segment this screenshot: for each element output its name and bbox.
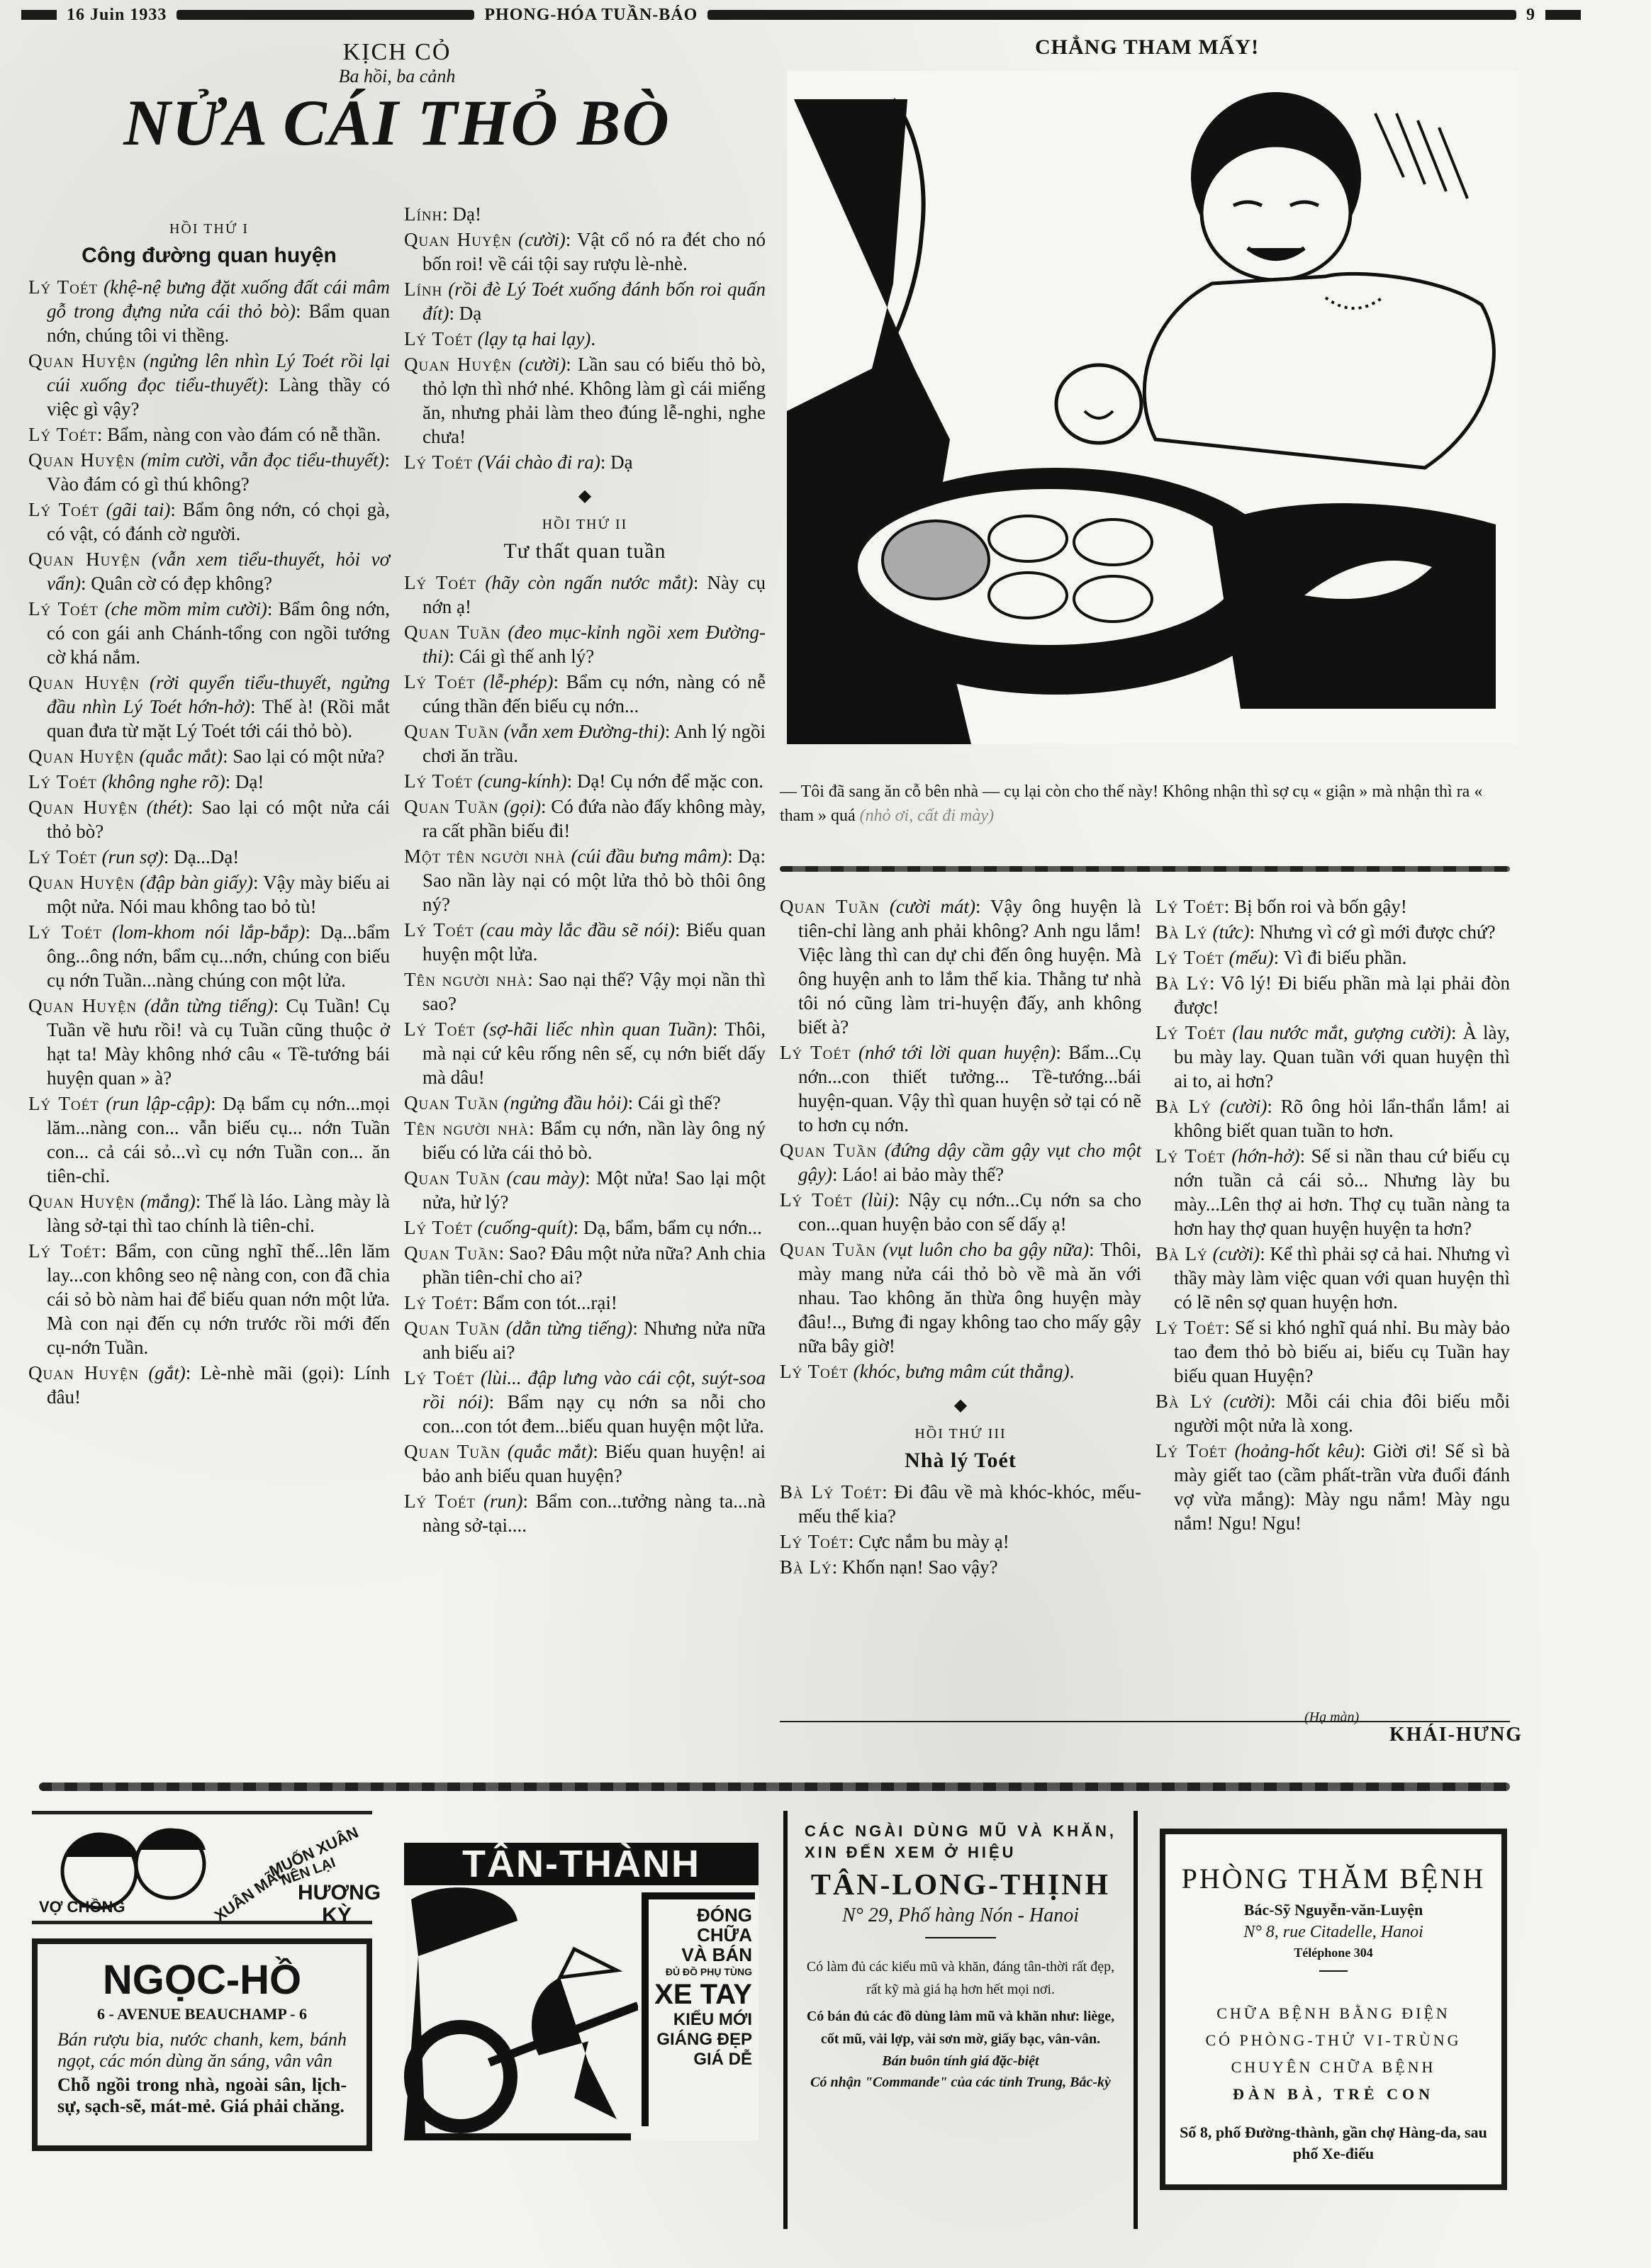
speaker: Bà Lý xyxy=(780,1556,832,1578)
play-subtitle: Ba hồi, ba cảnh xyxy=(28,66,766,87)
line-text: : Dạ, bẩm, bẩm cụ nớn... xyxy=(573,1217,762,1238)
stage-direction: (hớn-hở) xyxy=(1226,1145,1300,1167)
brand-name: TÂN-THÀNH xyxy=(404,1843,759,1885)
speaker: Quan Huyện xyxy=(28,449,135,471)
line-text: : Quân cờ có đẹp không? xyxy=(81,573,272,594)
stage-direction: (cuống-quít) xyxy=(473,1217,573,1238)
stage-direction: (cung-kính) xyxy=(473,770,567,792)
speaker: Lý Toét xyxy=(28,276,98,298)
speaker: Lý Toét xyxy=(404,770,473,792)
publication-name: PHONG-HÓA TUẦN-BÁO xyxy=(484,6,698,25)
stage-direction: (gọi) xyxy=(499,796,541,817)
dialogue: Lính: Dạ!Quan Huyện (cười): Vật cổ nó ra… xyxy=(404,202,766,474)
speaker: Lý Toét xyxy=(1155,1440,1227,1461)
speaker: Lý Toét xyxy=(28,921,102,943)
stage-direction: (sợ-hãi liếc nhìn quan Tuần) xyxy=(476,1018,712,1040)
dialogue-line: Quan Huyện (mỉm cười, vẫn đọc tiểu-thuyế… xyxy=(28,448,390,496)
doctor-name: Bác-Sỹ Nguyễn-văn-Luyện xyxy=(1180,1899,1487,1921)
speaker: Quan Huyện xyxy=(404,229,512,250)
masthead-rule xyxy=(707,10,1516,20)
speaker: Quan Huyện xyxy=(28,549,140,570)
newspaper-page: 16 Juin 1933 PHONG-HÓA TUẦN-BÁO 9 KỊCH C… xyxy=(0,0,1651,2268)
dialogue-line: Quan Tuần (vụt luôn cho ba gậy nữa): Thô… xyxy=(780,1237,1141,1358)
stage-direction: (lom-khom nói lắp-bắp) xyxy=(102,921,305,943)
line-text: : Cái gì thế anh lý? xyxy=(449,646,595,667)
speaker: Lý Toét xyxy=(780,1042,851,1063)
stage-direction: (cười mát) xyxy=(880,896,975,917)
speaker: Lý Toét xyxy=(1155,1145,1226,1167)
ad-ngoc-ho: NGỌC-HỒ 6 - AVENUE BEAUCHAMP - 6 Bán rượ… xyxy=(32,1938,372,2151)
line-text: : Cái gì thế? xyxy=(628,1092,721,1113)
speaker: Lý Toét xyxy=(28,499,99,520)
stage-direction: (cười) xyxy=(1213,1391,1270,1412)
stage-direction: (khóc, bưng mâm cút thẳng) xyxy=(849,1361,1070,1382)
speaker: Lý Toét xyxy=(1155,896,1224,917)
dialogue: Quan Tuần (cười mát): Vậy ông huyện là t… xyxy=(780,894,1141,1383)
dialogue-line: Quan Tuần (dằn từng tiếng): Nhưng nửa nữ… xyxy=(404,1316,766,1364)
speaker: Lý Toét xyxy=(780,1531,849,1552)
stage-direction: (lau nước mắt, gượng cười) xyxy=(1226,1022,1451,1043)
dialogue-line: Lý Toét (run): Bẩm con...tưởng nàng ta..… xyxy=(404,1489,766,1537)
service: CÓ PHÒNG-THỬ VI-TRÙNG xyxy=(1180,2027,1487,2054)
scene-title: Công đường quan huyện xyxy=(28,244,390,268)
speaker: Quan Huyện xyxy=(28,350,136,371)
dialogue-line: Bà Lý (cười): Kể thì phải sợ cả hai. Như… xyxy=(1155,1242,1510,1314)
speaker: Lý Toét xyxy=(1155,947,1224,968)
slogan-line: VỢ CHỒNG xyxy=(39,1898,125,1916)
speaker: Tên người nhà xyxy=(404,1118,529,1139)
paragraph: Có bán đủ các đồ dùng làm mũ và khăn như… xyxy=(805,2005,1116,2050)
line-text: : Cực nắm bu mày ạ! xyxy=(849,1531,1009,1552)
stage-direction: (run sợ) xyxy=(97,846,164,868)
dialogue-line: Quan Tuần (ngửng đầu hỏi): Cái gì thế? xyxy=(404,1091,766,1115)
dialogue-line: Lý Toét (khệ-nệ bưng đặt xuống đất cái m… xyxy=(28,275,390,347)
description: Bán rượu bia, nước chanh, kem, bánh ngọt… xyxy=(57,2029,347,2072)
author: KHÁI-HƯNG xyxy=(1389,1724,1523,1746)
dialogue-line: Lý Toét (hãy còn ngấn nước mắt): Này cụ … xyxy=(404,571,766,619)
dialogue-line: Lý Toét (cuống-quít): Dạ, bẩm, bẩm cụ nớ… xyxy=(404,1216,766,1240)
speaker: Quan Tuần xyxy=(404,1242,499,1264)
dialogue-line: Quan Tuần (gọi): Có đứa nào đấy không mà… xyxy=(404,795,766,843)
dialogue-line: Lý Toét: Bẩm, nàng con vào đám có nễ thầ… xyxy=(28,422,390,447)
offer-line: XE TAY xyxy=(651,1979,752,2010)
svg-text:N.M: N.M xyxy=(1354,684,1406,715)
stage-direction: (lễ-phép) xyxy=(476,671,554,692)
speaker: Bà Lý Toét xyxy=(780,1481,882,1503)
stage-direction: (gắt) xyxy=(139,1362,186,1383)
stage-direction: (run) xyxy=(476,1491,522,1512)
dialogue-line: Quan Tuần (đứng dậy cầm gậy vụt cho một … xyxy=(780,1138,1141,1186)
rule xyxy=(925,1937,996,1938)
speaker: Tên người nhà xyxy=(404,969,527,990)
line-text: : Dạ xyxy=(449,303,482,324)
speaker: Quan Tuần xyxy=(404,796,499,817)
dialogue-line: Quan Huyện (thét): Sao lại có một nửa cá… xyxy=(28,795,390,843)
scene-title: Nhà lý Toét xyxy=(780,1449,1141,1473)
line-text: : Sao lại có một nửa? xyxy=(223,746,384,767)
speaker: Quan Huyện xyxy=(28,797,138,818)
dialogue-line: Quan Huyện (cười): Vật cổ nó ra đét cho … xyxy=(404,228,766,276)
speaker: Quan Huyện xyxy=(404,354,512,375)
speaker: Lý Toét xyxy=(404,919,474,941)
line-text: : Bẩm, nàng con vào đám có nễ thần. xyxy=(97,424,381,445)
dialogue-line: Quan Huyện (mắng): Thế là láo. Làng mày … xyxy=(28,1189,390,1237)
issue-date: 16 Juin 1933 xyxy=(67,6,167,25)
section-divider xyxy=(780,866,1510,872)
service: CHUYÊN CHỮA BỆNH xyxy=(1180,2054,1487,2081)
dialogue-line: Lý Toét: Bẩm, con cũng nghĩ thế...lên lă… xyxy=(28,1239,390,1359)
brand-name: TÂN-LONG-THỊNH xyxy=(805,1868,1116,1903)
stage-direction: (cúi đầu bưng mâm) xyxy=(566,846,727,867)
curtain-note: (Hạ màn) xyxy=(1304,1710,1359,1726)
rickshaw-puller-icon xyxy=(404,1885,638,2140)
stage-direction: (che mồm mỉm cười) xyxy=(99,598,267,619)
line-text: : Dạ! Cụ nớn để mặc con. xyxy=(567,770,763,792)
dialogue-line: Quan Huyện (dằn từng tiếng): Cụ Tuần! Cụ… xyxy=(28,994,390,1090)
speaker: Quan Huyện xyxy=(28,1191,135,1212)
dialogue-line: Lý Toét (mếu): Vì đi biếu phần. xyxy=(1155,945,1510,970)
offer-line: GIÁNG ĐẸP xyxy=(651,2030,752,2050)
ornament-icon: ◆ xyxy=(404,484,766,508)
line-text: . xyxy=(591,328,595,349)
stage-direction: (hoảng-hốt kêu) xyxy=(1227,1440,1360,1461)
page-number: 9 xyxy=(1526,6,1535,25)
speaker: Lý Toét xyxy=(404,328,473,349)
dialogue-line: Quan Tuần (quắc mắt): Biếu quan huyện! a… xyxy=(404,1439,766,1488)
offer-line: ĐÓNG xyxy=(651,1905,752,1925)
speaker: Bà Lý xyxy=(1155,1391,1213,1412)
stage-direction: (cười) xyxy=(1211,1096,1267,1117)
dialogue-line: Quan Huyện (đập bàn giấy): Vậy mày biếu … xyxy=(28,870,390,919)
line-text: : Nhưng vì cớ gì mới được chứ? xyxy=(1250,921,1496,943)
stage-direction: (gãi tai) xyxy=(99,499,170,520)
line-text: : Khốn nạn! Sao vậy? xyxy=(832,1556,998,1578)
dialogue: Lý Toét: Bị bốn roi và bốn gậy!Bà Lý (tứ… xyxy=(1155,894,1510,1535)
speaker: Lý Toét xyxy=(28,771,97,792)
ad-tan-long-thinh: CÁC NGÀI DÙNG MŨ VÀ KHĂN, XIN ĐẾN XEM Ở … xyxy=(783,1811,1138,2229)
line-text: : Dạ xyxy=(600,451,633,473)
seating-note: Chỗ ngồi trong nhà, ngoài sân, lịch-sự, … xyxy=(57,2075,347,2117)
dialogue-line: Quan Huyện (rời quyển tiểu-thuyết, ngửng… xyxy=(28,670,390,743)
stage-direction: (vẫn xem Đường-thi) xyxy=(499,721,665,742)
speaker: Lý Toét xyxy=(404,671,476,692)
stage-direction: (cười) xyxy=(1208,1243,1260,1264)
speaker: Lý Toét xyxy=(404,1292,473,1313)
line-text: : Vô lý! Đi biếu phần mà lại phải đòn đư… xyxy=(1174,972,1510,1018)
line-text: : Sế si khó nghĩ quá nhỉ. Bu mày bảo tao… xyxy=(1174,1317,1510,1386)
phone: Téléphone 304 xyxy=(1180,1943,1487,1962)
dialogue-line: Lý Toét: Sế si khó nghĩ quá nhỉ. Bu mày … xyxy=(1155,1315,1510,1388)
dialogue-line: Lý Toét: Cực nắm bu mày ạ! xyxy=(780,1529,1141,1554)
dialogue-line: Lý Toét (gãi tai): Bẩm ông nớn, có chọi … xyxy=(28,498,390,546)
offer-line: ĐỦ ĐỒ PHỤ TÙNG xyxy=(651,1965,752,1979)
line-text: . xyxy=(1070,1361,1075,1382)
speaker: Lý Toét xyxy=(404,1018,476,1040)
address: 6 - AVENUE BEAUCHAMP - 6 xyxy=(57,2005,347,2023)
line-text: : Bị bốn roi và bốn gậy! xyxy=(1224,896,1407,917)
speaker: Quan Huyện xyxy=(28,872,135,893)
stage-direction: (vụt luôn cho ba gậy nữa) xyxy=(876,1239,1089,1260)
stage-direction: (quắc mắt) xyxy=(500,1441,593,1462)
column-act-2: Lính: Dạ!Quan Huyện (cười): Vật cổ nó ra… xyxy=(404,202,766,1539)
dialogue-line: Lý Toét (run lập-cập): Dạ bẩm cụ nớn...m… xyxy=(28,1091,390,1188)
dialogue-line: Quan Huyện (vẫn xem tiểu-thuyết, hỏi vơ … xyxy=(28,547,390,595)
dialogue-line: Quan Huyện (quắc mắt): Sao lại có một nử… xyxy=(28,744,390,768)
dialogue-line: Một tên người nhà (cúi đầu bưng mâm): Dạ… xyxy=(404,844,766,916)
dialogue-line: Bà Lý (cười): Rõ ông hỏi lẩn-thẩn lắm! a… xyxy=(1155,1094,1510,1143)
speaker: Lý Toét xyxy=(404,572,476,593)
speaker: Lý Toét xyxy=(28,598,99,619)
speaker: Quan Tuần xyxy=(404,721,499,742)
dialogue-line: Lý Toét (lễ-phép): Bẩm cụ nớn, nàng có n… xyxy=(404,670,766,718)
stage-direction: (không nghe rõ) xyxy=(97,771,225,792)
line-text: : Bẩm con tót...rại! xyxy=(473,1292,617,1313)
column-act-1: HỒI THỨ I Công đường quan huyện Lý Toét … xyxy=(28,213,390,1410)
dialogue-line: Quan Huyện (cười): Lần sau có biếu thỏ b… xyxy=(404,352,766,449)
dialogue-line: Lý Toét: Bẩm con tót...rại! xyxy=(404,1291,766,1315)
address: N° 29, Phố hàng Nón - Hanoi xyxy=(805,1903,1116,1929)
speaker: Một tên người nhà xyxy=(404,846,566,867)
stage-direction: (run lập-cập) xyxy=(99,1093,211,1114)
act-label: HỒI THỨ II xyxy=(404,512,766,537)
stage-direction: (cau mày) xyxy=(500,1167,585,1189)
masthead: 16 Juin 1933 PHONG-HÓA TUẦN-BÁO 9 xyxy=(21,4,1581,26)
dialogue-line: Lý Toét: Bị bốn roi và bốn gậy! xyxy=(1155,894,1510,919)
stage-direction: (ngửng đầu hỏi) xyxy=(499,1092,628,1113)
speaker: Bà Lý xyxy=(1155,1096,1211,1117)
offer-line: KIỂU MỚI xyxy=(651,2010,752,2030)
speaker: Quan Huyện xyxy=(28,746,135,767)
dialogue-line: Bà Lý (tức): Nhưng vì cớ gì mới được chứ… xyxy=(1155,920,1510,944)
dialogue-line: Tên người nhà: Bẩm cụ nớn, nần lày ông n… xyxy=(404,1116,766,1164)
stage-direction: (đập bàn giấy) xyxy=(135,872,253,893)
masthead-ornament xyxy=(1545,10,1581,20)
speaker: Lính xyxy=(404,279,442,300)
line-text: : Vì đi biếu phần. xyxy=(1274,947,1407,968)
rule xyxy=(1319,1970,1348,1972)
stage-direction: (mỉm cười, vẫn đọc tiểu-thuyết) xyxy=(135,449,385,471)
dialogue-line: Quan Tuần (cười mát): Vậy ông huyện là t… xyxy=(780,894,1141,1039)
line-text: : Dạ! xyxy=(442,203,481,225)
ads-divider xyxy=(39,1783,1510,1791)
stage-direction: (lùi) xyxy=(853,1189,895,1211)
column-act-3: Lý Toét: Bị bốn roi và bốn gậy!Bà Lý (tứ… xyxy=(1155,894,1510,1537)
speaker: Quan Tuần xyxy=(780,1140,877,1161)
play-header: KỊCH CỎ Ba hồi, ba cảnh NỬA CÁI THỎ BÒ xyxy=(28,39,766,158)
offer-panel: ĐÓNG CHỮA VÀ BÁN ĐỦ ĐỒ PHỤ TÙNG XE TAY K… xyxy=(642,1892,755,2126)
column-act-2-3: Quan Tuần (cười mát): Vậy ông huyện là t… xyxy=(780,894,1141,1581)
speaker: Quan Huyện xyxy=(28,1362,139,1383)
offer-line: GIÁ DỄ xyxy=(651,2050,752,2070)
masthead-ornament xyxy=(21,10,57,20)
line-text: : Vậy ông huyện là tiên-chỉ làng anh phả… xyxy=(798,896,1141,1038)
dialogue-line: Tên người nhà: Sao nại thế? Vậy mọi nần … xyxy=(404,967,766,1016)
play-title: NỬA CÁI THỎ BÒ xyxy=(28,87,766,158)
paragraph: Có làm đủ các kiểu mũ và khăn, đáng tân-… xyxy=(805,1955,1116,2001)
dialogue-line: Lý Toét (nhớ tới lời quan huyện): Bẩm...… xyxy=(780,1040,1141,1137)
dialogue-line: Quan Tuần (đeo mục-kỉnh ngồi xem Đường-t… xyxy=(404,620,766,668)
speaker: Lý Toét xyxy=(28,424,97,445)
speaker: Bà Lý xyxy=(1155,921,1208,943)
intro: CÁC NGÀI DÙNG MŨ VÀ KHĂN, XIN ĐẾN XEM Ở … xyxy=(805,1821,1116,1863)
line-text: : Dạ...Dạ! xyxy=(164,846,239,868)
stage-direction: (quắc mắt) xyxy=(135,746,223,767)
speaker: Quan Tuần xyxy=(404,1441,500,1462)
dialogue-line: Lý Toét (không nghe rõ): Dạ! xyxy=(28,770,390,794)
speaker: Bà Lý xyxy=(1155,1243,1208,1264)
ad-huong-ky: VỢ CHỒNG XUÂN MÃI, MUỐN XUÂN NÊN LẠI HƯƠ… xyxy=(32,1811,372,1924)
speaker: Lý Toét xyxy=(28,846,97,868)
dialogue: Bà Lý Toét: Đi đâu về mà khóc-khóc, mếu-… xyxy=(780,1480,1141,1579)
speaker: Quan Huyện xyxy=(28,672,140,693)
speaker: Lính xyxy=(404,203,442,225)
speaker: Quan Tuần xyxy=(404,622,501,643)
speaker: Quan Huyện xyxy=(28,995,137,1016)
dialogue: Lý Toét (khệ-nệ bưng đặt xuống đất cái m… xyxy=(28,275,390,1409)
dialogue-line: Lý Toét (lạy tạ hai lạy). xyxy=(404,327,766,351)
stage-direction: (mếu) xyxy=(1224,947,1274,968)
dialogue-line: Lý Toét (lom-khom nói lắp-bắp): Dạ...bẩm… xyxy=(28,920,390,992)
dialogue-line: Bà Lý: Vô lý! Đi biếu phần mà lại phải đ… xyxy=(1155,971,1510,1019)
offer-line: CHỮA xyxy=(651,1925,752,1945)
speaker: Lý Toét xyxy=(28,1093,99,1114)
speaker: Lý Toét xyxy=(1155,1022,1226,1043)
stage-direction: (cau mày lắc đầu sẽ nói) xyxy=(474,919,675,941)
dialogue-line: Lính: Dạ! xyxy=(404,202,766,226)
brand-name: NGỌC-HỒ xyxy=(57,1958,347,2002)
ad-phong-tham-benh: PHÒNG THĂM BỆNH Bác-Sỹ Nguyễn-văn-Luyện … xyxy=(1160,1829,1507,2190)
stage-direction: (lạy tạ hai lạy) xyxy=(473,328,591,349)
stage-direction: (hãy còn ngấn nước mắt) xyxy=(476,572,693,593)
cartoon-drawing-icon: N.M xyxy=(787,71,1517,744)
cartoon-caption: — Tôi đã sang ăn cỗ bên nhà — cụ lại còn… xyxy=(780,780,1517,828)
dialogue-line: Lý Toét (lùi): Nậy cụ nớn...Cụ nớn sa ch… xyxy=(780,1188,1141,1236)
speaker: Quan Tuần xyxy=(404,1092,499,1113)
paragraph: Bán buôn tính giá đặc-biệt xyxy=(805,2050,1116,2072)
act-label: HỒI THỨ I xyxy=(28,217,390,241)
dialogue-line: Lý Toét (khóc, bưng mâm cút thẳng). xyxy=(780,1359,1141,1383)
speaker: Lý Toét xyxy=(404,451,473,473)
dialogue-line: Lý Toét (sợ-hãi liếc nhìn quan Tuần): Th… xyxy=(404,1017,766,1089)
dialogue-line: Bà Lý Toét: Đi đâu về mà khóc-khóc, mếu-… xyxy=(780,1480,1141,1528)
ornament-icon: ◆ xyxy=(780,1393,1141,1417)
line-text: : Láo! ai bảo mày thế? xyxy=(832,1164,1004,1185)
rule xyxy=(780,1721,1510,1722)
act-label: HỒI THỨ III xyxy=(780,1422,1141,1446)
dialogue-line: Lính (rồi đè Lý Toét xuống đánh bốn roi … xyxy=(404,277,766,325)
ad-tan-thanh: TÂN-THÀNH ĐÓNG CHỮA VÀ BÁN ĐỦ ĐỒ PHỤ TÙN… xyxy=(404,1843,759,2140)
dialogue-line: Quan Huyện (ngửng lên nhìn Lý Toét rồi l… xyxy=(28,349,390,421)
speaker: Quan Tuần xyxy=(780,1239,876,1260)
play-kicker: KỊCH CỎ xyxy=(28,39,766,66)
speaker: Lý Toét xyxy=(780,1189,853,1211)
speaker: Quan Tuần xyxy=(404,1167,500,1189)
speaker: Quan Tuần xyxy=(404,1318,500,1339)
clinic-title: PHÒNG THĂM BỆNH xyxy=(1180,1863,1487,1895)
location: Số 8, phố Đường-thành, gần chợ Hàng-da, … xyxy=(1180,2122,1487,2165)
dialogue-line: Lý Toét (hớn-hở): Sế si nần thau cứ biếu… xyxy=(1155,1144,1510,1240)
dialogue-line: Lý Toét (run sợ): Dạ...Dạ! xyxy=(28,845,390,869)
speaker: Lý Toét xyxy=(28,1240,101,1262)
dialogue-line: Lý Toét (che mồm mỉm cười): Bẩm ông nớn,… xyxy=(28,597,390,669)
dialogue-line: Quan Tuần: Sao? Đâu một nửa nữa? Anh chi… xyxy=(404,1241,766,1289)
stage-direction: (tức) xyxy=(1208,921,1250,943)
stage-direction: (dằn từng tiếng) xyxy=(500,1318,632,1339)
dialogue-line: Bà Lý (cười): Mỗi cái chia đôi biếu mỗi … xyxy=(1155,1389,1510,1437)
speaker: Bà Lý xyxy=(1155,972,1209,994)
speaker: Quan Tuần xyxy=(780,896,880,917)
dialogue-line: Lý Toét (lùi... đập lưng vào cái cột, su… xyxy=(404,1366,766,1438)
dialogue-line: Lý Toét (cung-kính): Dạ! Cụ nớn để mặc c… xyxy=(404,769,766,793)
stage-direction: (dằn từng tiếng) xyxy=(137,995,273,1016)
service: CHỮA BỆNH BẰNG ĐIỆN xyxy=(1180,2000,1487,2027)
stage-direction: (Vái chào đi ra) xyxy=(473,451,600,473)
scene-title: Tư thất quan tuần xyxy=(404,539,766,563)
dialogue-line: Lý Toét (cau mày lắc đầu sẽ nói): Biếu q… xyxy=(404,918,766,966)
masthead-rule xyxy=(177,10,474,20)
brand-name: HƯƠNG KỲ xyxy=(298,1882,376,1927)
service: ĐÀN BÀ, TRẺ CON xyxy=(1180,2081,1487,2108)
speaker: Lý Toét xyxy=(780,1361,849,1382)
offer-line: VÀ BÁN xyxy=(651,1945,752,1965)
speaker: Lý Toét xyxy=(404,1217,473,1238)
stage-direction: (thét) xyxy=(138,797,188,818)
dialogue-line: Lý Toét (lau nước mắt, gượng cười): À là… xyxy=(1155,1021,1510,1093)
speaker: Lý Toét xyxy=(1155,1317,1224,1338)
cartoon-title: CHẲNG THAM MẤY! xyxy=(1035,35,1259,60)
stage-direction: (cười) xyxy=(512,229,566,250)
dialogue: Lý Toét (hãy còn ngấn nước mắt): Này cụ … xyxy=(404,571,766,1537)
caption-tail: (nhỏ ơi, cất đi mày) xyxy=(860,807,994,825)
address: N° 8, rue Citadelle, Hanoi xyxy=(1180,1921,1487,1943)
stage-direction: (cười) xyxy=(512,354,566,375)
line-text: : Dạ! xyxy=(225,771,264,792)
dialogue-line: Lý Toét (Vái chào đi ra): Dạ xyxy=(404,450,766,474)
stage-direction: (nhớ tới lời quan huyện) xyxy=(851,1042,1056,1063)
stage-direction: (mắng) xyxy=(135,1191,195,1212)
dialogue-line: Quan Tuần (vẫn xem Đường-thi): Anh lý ng… xyxy=(404,719,766,768)
paragraph: Có nhận "Commande" của các tỉnh Trung, B… xyxy=(805,2072,1116,2093)
speaker: Lý Toét xyxy=(404,1367,474,1388)
speaker: Lý Toét xyxy=(404,1491,476,1512)
cartoon-illustration: N.M xyxy=(787,71,1517,744)
dialogue-line: Bà Lý: Khốn nạn! Sao vậy? xyxy=(780,1555,1141,1579)
dialogue-line: Lý Toét (hoảng-hốt kêu): Giời ơi! Sế sì … xyxy=(1155,1439,1510,1535)
dialogue-line: Quan Tuần (cau mày): Một nửa! Sao lại mộ… xyxy=(404,1166,766,1214)
dialogue-line: Quan Huyện (gắt): Lè-nhè mãi (gọi): Lính… xyxy=(28,1361,390,1409)
